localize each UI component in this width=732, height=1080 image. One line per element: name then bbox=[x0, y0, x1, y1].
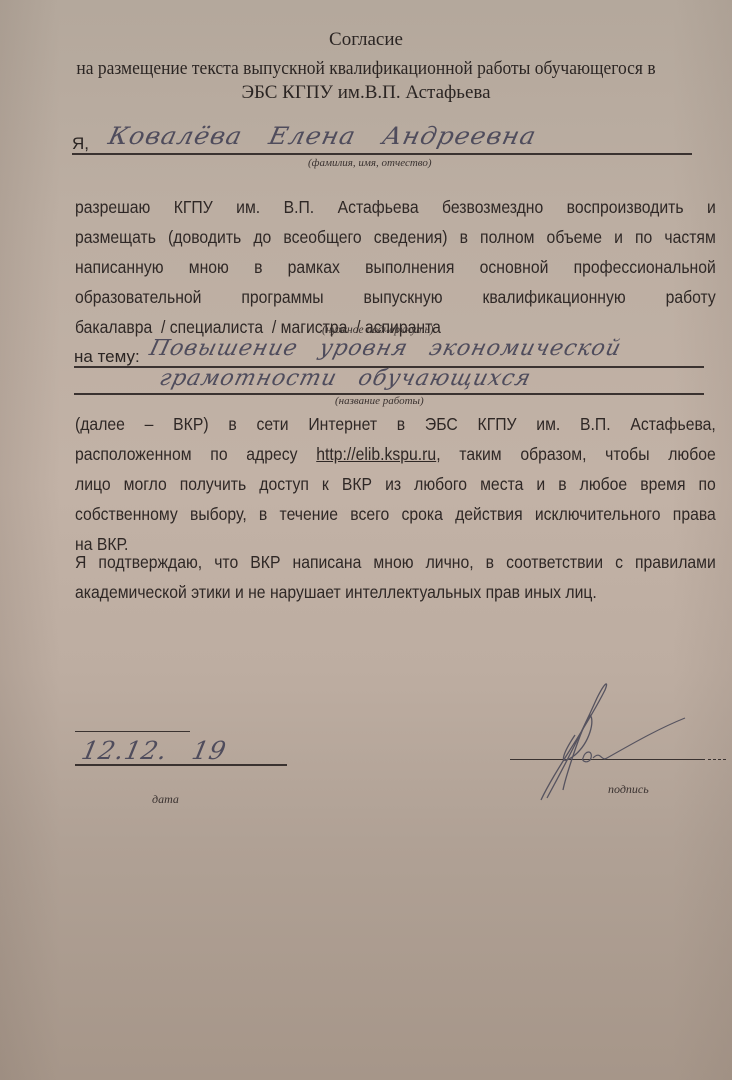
degree-caption: (нужное подчеркнуть) bbox=[322, 324, 434, 336]
confirmation-line: академической этики и не нарушает интелл… bbox=[75, 580, 716, 605]
placement-line: лицо могло получить доступ к ВКР из любо… bbox=[75, 472, 716, 497]
permission-line: образовательной программы выпускную квал… bbox=[75, 285, 716, 310]
topic-handwritten-line1: Повышение уровня экономической bbox=[147, 336, 624, 361]
document-subtitle-institution: ЭБС КГПУ им.В.П. Астафьева bbox=[0, 82, 732, 104]
name-underline bbox=[72, 153, 692, 155]
placement-line: собственному выбору, в течение всего сро… bbox=[75, 502, 716, 527]
confirmation-line: Я подтверждаю, что ВКР написана мною лич… bbox=[75, 550, 716, 575]
address-suffix: , таким образом, чтобы любое bbox=[436, 444, 716, 464]
placement-line-address: расположенном по адресу http://elib.kspu… bbox=[75, 442, 716, 467]
date-top-line bbox=[75, 731, 190, 732]
elib-link[interactable]: http://elib.kspu.ru bbox=[316, 444, 436, 464]
topic-caption: (название работы) bbox=[335, 395, 424, 407]
name-prefix: Я, bbox=[72, 134, 89, 154]
placement-paragraph: (далее – ВКР) в сети Интернет в ЭБС КГПУ… bbox=[75, 412, 716, 557]
permission-line: размещать (доводить до всеобщего сведени… bbox=[75, 225, 716, 250]
date-underline bbox=[75, 764, 287, 766]
name-caption: (фамилия, имя, отчество) bbox=[308, 157, 432, 169]
signature-underline-dots bbox=[708, 759, 728, 760]
permission-paragraph: разрешаю КГПУ им. В.П. Астафьева безвозм… bbox=[75, 195, 716, 340]
topic-handwritten-line2: грамотности обучающихся bbox=[157, 366, 534, 391]
student-name-handwritten: Ковалёва Елена Андреевна bbox=[106, 122, 540, 150]
document-subtitle: на размещение текста выпускной квалифика… bbox=[29, 58, 702, 80]
confirmation-paragraph: Я подтверждаю, что ВКР написана мною лич… bbox=[75, 550, 716, 605]
permission-line: разрешаю КГПУ им. В.П. Астафьева безвозм… bbox=[75, 195, 716, 220]
signature-caption: подпись bbox=[608, 782, 649, 797]
date-handwritten: 12.12. 19 bbox=[79, 736, 229, 765]
date-caption: дата bbox=[152, 792, 179, 807]
permission-line: написанную мною в рамках выполнения осно… bbox=[75, 255, 716, 280]
paper-shadow-left bbox=[0, 0, 60, 1080]
topic-prefix: на тему: bbox=[74, 347, 140, 367]
address-prefix: расположенном по адресу bbox=[75, 444, 316, 464]
placement-line: (далее – ВКР) в сети Интернет в ЭБС КГПУ… bbox=[75, 412, 716, 437]
document-title: Согласие bbox=[0, 29, 732, 51]
